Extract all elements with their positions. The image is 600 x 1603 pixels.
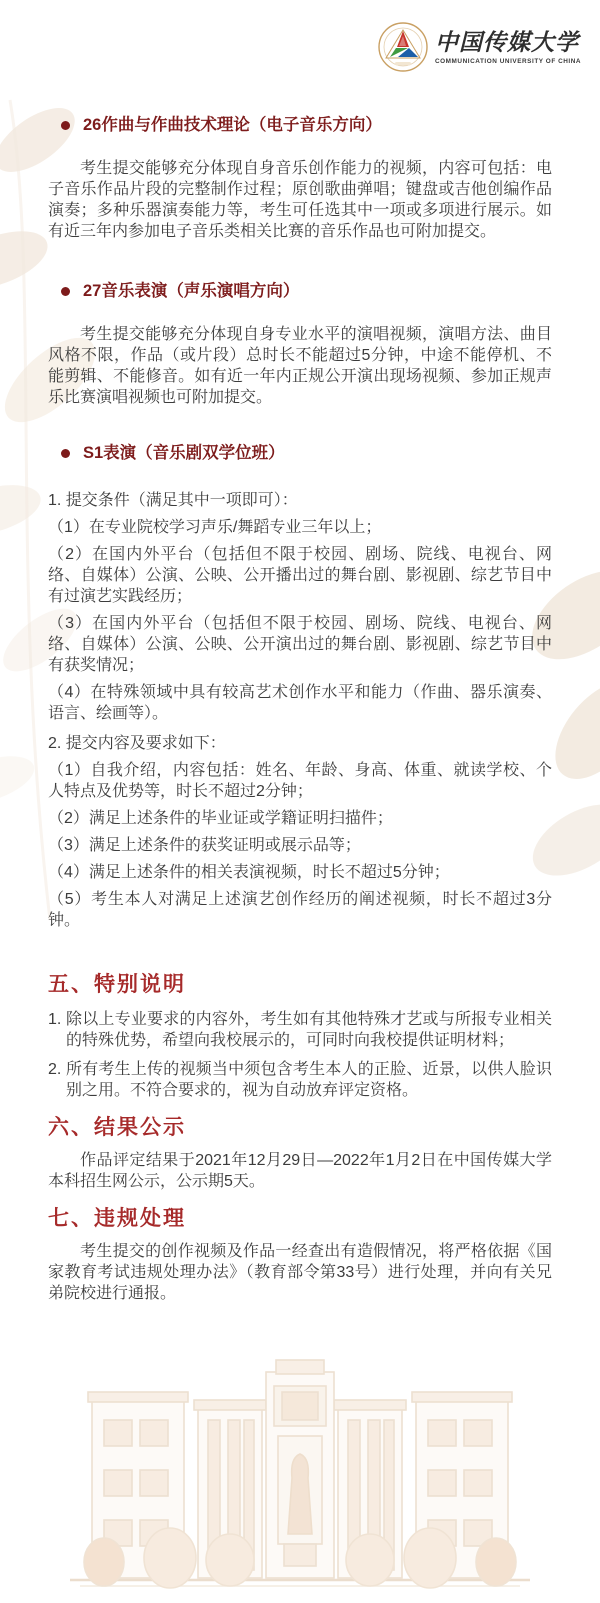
section-results-paragraph: 作品评定结果于2021年12月29日—2022年1月2日在中国传媒大学本科招生网…	[48, 1150, 552, 1192]
building-watermark	[70, 1358, 530, 1593]
list-item: （3）在国内外平台（包括但不限于校园、剧场、院线、电视台、网络、自媒体）公演、公…	[48, 613, 552, 676]
section-violations-paragraph: 考生提交的创作视频及作品一经查出有造假情况，将严格依据《国家教育考试违规处理办法…	[48, 1241, 552, 1304]
university-name: 中国传媒大学 COMMUNICATION UNIVERSITY OF CHINA	[435, 30, 581, 65]
section-heading-26: 26作曲与作曲技术理论（电子音乐方向）	[61, 114, 552, 136]
section-heading-label: 26作曲与作曲技术理论（电子音乐方向）	[83, 114, 382, 136]
list-item: 1. 提交条件（满足其中一项即可）：	[48, 490, 552, 511]
section-27-paragraph: 考生提交能够充分体现自身专业水平的演唱视频，演唱方法、曲目风格不限，作品（或片段…	[48, 324, 552, 408]
section-heading-special-notes: 五、特别说明	[48, 971, 552, 999]
list-item: 1. 除以上专业要求的内容外，考生如有其他特殊才艺或与所报专业相关的特殊优势，希…	[48, 1009, 552, 1051]
list-item: 2. 提交内容及要求如下：	[48, 733, 552, 754]
bullet-icon	[61, 121, 70, 130]
list-item: （4）在特殊领域中具有较高艺术创作水平和能力（作曲、器乐演奏、语言、绘画等）。	[48, 682, 552, 724]
section-26-paragraph: 考生提交能够充分体现自身音乐创作能力的视频，内容可包括：电子音乐作品片段的完整制…	[48, 158, 552, 242]
document-page: 中国传媒大学 COMMUNICATION UNIVERSITY OF CHINA…	[0, 0, 600, 1603]
university-name-en: COMMUNICATION UNIVERSITY OF CHINA	[435, 58, 581, 65]
section-heading-label: S1表演（音乐剧双学位班）	[83, 442, 285, 464]
university-emblem-icon	[378, 22, 428, 72]
bullet-icon	[61, 449, 70, 458]
university-name-cn: 中国传媒大学	[435, 30, 581, 56]
section-heading-s1: S1表演（音乐剧双学位班）	[61, 442, 552, 464]
list-item: （1）自我介绍，内容包括：姓名、年龄、身高、体重、就读学校、个人特点及优势等，时…	[48, 760, 552, 802]
section-heading-violations: 七、违规处理	[48, 1205, 552, 1233]
section-heading-results: 六、结果公示	[48, 1114, 552, 1142]
list-item: （1）在专业院校学习声乐/舞蹈专业三年以上；	[48, 517, 552, 538]
list-item: （3）满足上述条件的获奖证明或展示品等；	[48, 835, 552, 856]
section-heading-27: 27音乐表演（声乐演唱方向）	[61, 280, 552, 302]
list-item: 2. 所有考生上传的视频当中须包含考生本人的正脸、近景，以供人脸识别之用。不符合…	[48, 1059, 552, 1101]
bullet-icon	[61, 287, 70, 296]
university-logo: 中国传媒大学 COMMUNICATION UNIVERSITY OF CHINA	[378, 22, 581, 72]
list-item: （5）考生本人对满足上述演艺创作经历的阐述视频，时长不超过3分钟。	[48, 889, 552, 931]
document-content: 26作曲与作曲技术理论（电子音乐方向） 考生提交能够充分体现自身音乐创作能力的视…	[0, 76, 600, 1304]
list-item: （2）满足上述条件的毕业证或学籍证明扫描件；	[48, 808, 552, 829]
list-item: （2）在国内外平台（包括但不限于校园、剧场、院线、电视台、网络、自媒体）公演、公…	[48, 544, 552, 607]
section-heading-label: 27音乐表演（声乐演唱方向）	[83, 280, 299, 302]
list-item: （4）满足上述条件的相关表演视频，时长不超过5分钟；	[48, 862, 552, 883]
